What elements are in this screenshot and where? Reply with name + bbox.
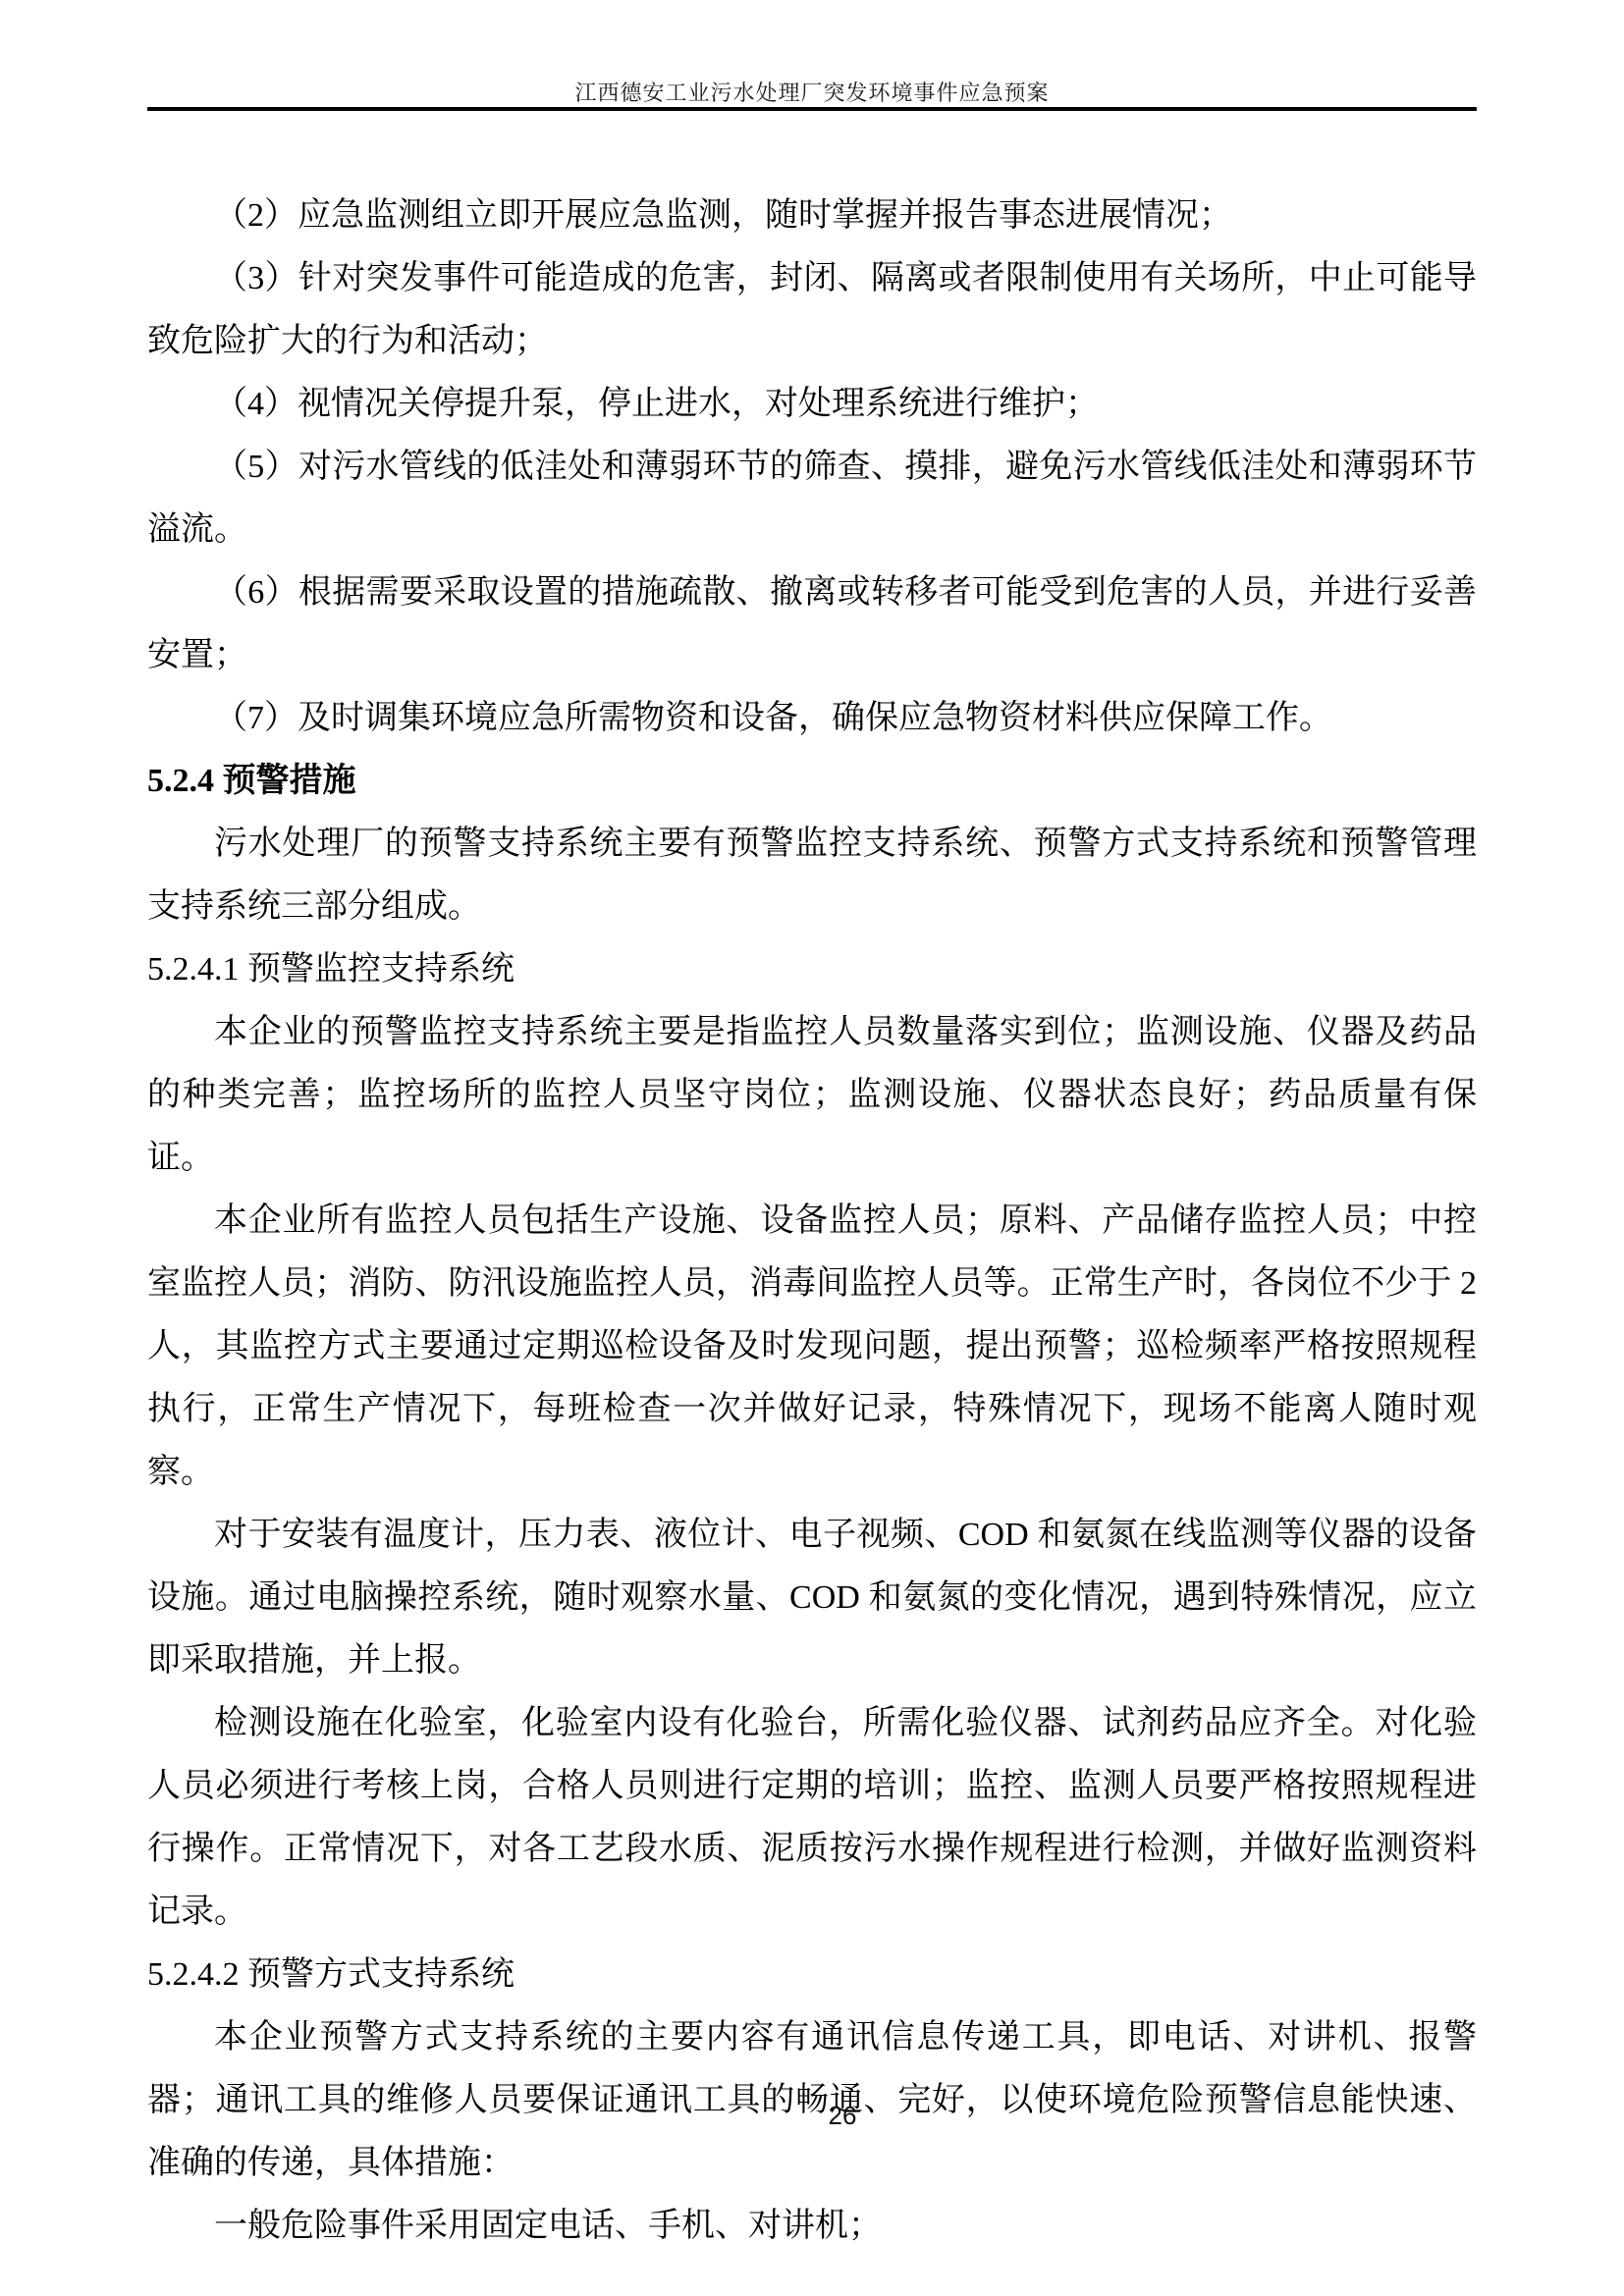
numbered-item-7: （7）及时调集环境应急所需物资和设备，确保应急物资材料供应保障工作。 [147,687,1477,750]
header-divider [147,107,1477,111]
subsection-heading-5-2-4-1: 5.2.4.1 预警监控支持系统 [147,938,1477,1001]
section-heading-5-2-4: 5.2.4 预警措施 [147,750,1477,813]
paragraph-general-incident-tools: 一般危险事件采用固定电话、手机、对讲机； [147,2195,1477,2258]
paragraph-warning-system-overview: 污水处理厂的预警支持系统主要有预警监控支持系统、预警方式支持系统和预警管理支持系… [147,813,1477,938]
header-title: 江西德安工业污水处理厂突发环境事件应急预案 [0,77,1624,107]
paragraph-monitoring-personnel: 本企业所有监控人员包括生产设施、设备监控人员；原料、产品储存监控人员；中控室监控… [147,1190,1477,1504]
numbered-item-6: （6）根据需要采取设置的措施疏散、撤离或转移者可能受到危害的人员，并进行妥善安置… [147,561,1477,687]
numbered-item-3: （3）针对突发事件可能造成的危害，封闭、隔离或者限制使用有关场所，中止可能导致危… [147,247,1477,373]
numbered-item-2: （2）应急监测组立即开展应急监测，随时掌握并报告事态进展情况； [147,185,1477,247]
subsection-heading-5-2-4-2: 5.2.4.2 预警方式支持系统 [147,1944,1477,2006]
document-page: 江西德安工业污水处理厂突发环境事件应急预案 （2）应急监测组立即开展应急监测，随… [0,0,1624,2296]
numbered-item-5: （5）对污水管线的低洼处和薄弱环节的筛查、摸排，避免污水管线低洼处和薄弱环节溢流… [147,436,1477,561]
page-number: 26 [0,2101,1624,2131]
paragraph-online-instruments: 对于安装有温度计，压力表、液位计、电子视频、COD 和氨氮在线监测等仪器的设备设… [147,1504,1477,1692]
paragraph-monitoring-support: 本企业的预警监控支持系统主要是指监控人员数量落实到位；监测设施、仪器及药品的种类… [147,1001,1477,1190]
paragraph-lab-facilities: 检测设施在化验室，化验室内设有化验台，所需化验仪器、试剂药品应齐全。对化验人员必… [147,1692,1477,1944]
numbered-item-4: （4）视情况关停提升泵，停止进水，对处理系统进行维护； [147,373,1477,436]
document-body: （2）应急监测组立即开展应急监测，随时掌握并报告事态进展情况； （3）针对突发事… [147,185,1477,2258]
